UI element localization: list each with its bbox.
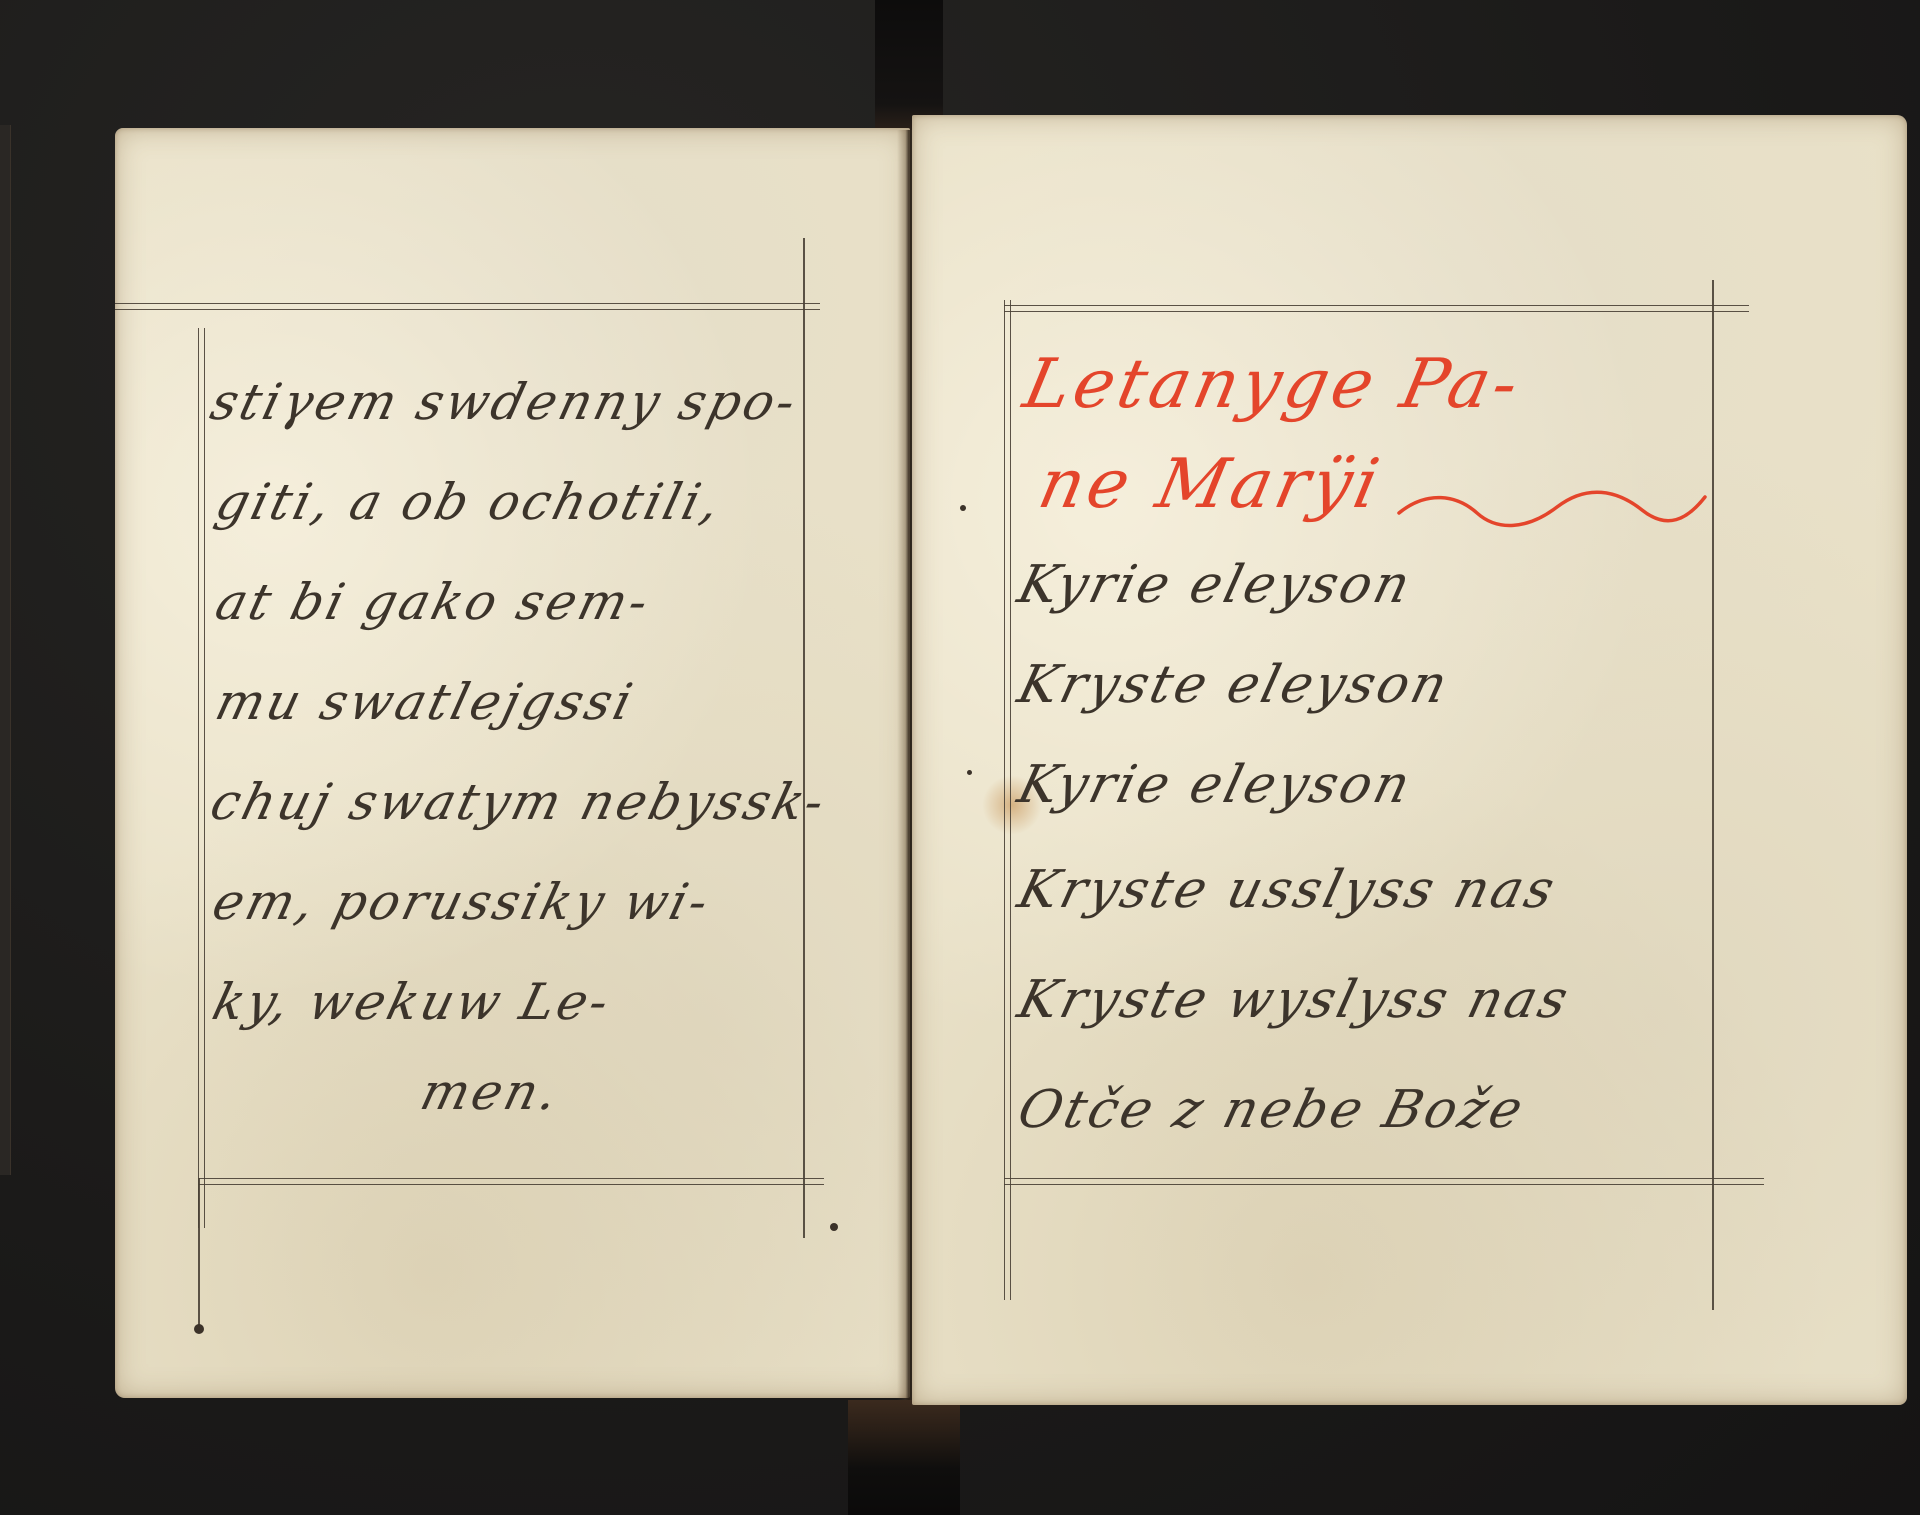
litany-line-6: Otče z nebe Bože	[1012, 1080, 1531, 1140]
ink-dot	[194, 1324, 204, 1334]
litany-line-5: Kryste wyslyss nas	[1012, 970, 1577, 1030]
binding-spine-bottom	[848, 1400, 960, 1515]
left-line-4: mu swatlejgssi	[210, 673, 641, 731]
frame-right-rule	[803, 238, 805, 1238]
left-line-6: em, porussiky wi-	[207, 873, 717, 931]
left-line-2: giti, a ob ochotili,	[210, 473, 728, 531]
left-closing-amen: men.	[415, 1063, 567, 1121]
frame-bottom-rule	[1004, 1178, 1764, 1185]
litany-title-line-2: ne Marÿi	[1032, 445, 1389, 524]
frame-bottom-rule	[199, 1178, 824, 1185]
frame-left-rule	[198, 328, 205, 1228]
litany-title-line-1: Letanyge Pa-	[1017, 345, 1529, 424]
ink-dot	[830, 1223, 838, 1231]
litany-line-2: Kryste eleyson	[1012, 655, 1456, 715]
litany-line-3: Kyrie eleyson	[1012, 755, 1419, 815]
litany-line-1: Kyrie eleyson	[1012, 555, 1419, 615]
title-flourish-icon	[1397, 485, 1707, 535]
left-line-1: stiγem swdenny spo-	[205, 373, 804, 431]
litany-line-4: Kryste usslyss nas	[1012, 860, 1563, 920]
binding-edge-left	[0, 125, 11, 1175]
frame-left-rule-extension	[198, 1178, 200, 1328]
right-page: Letanyge Pa- ne Marÿi Kyrie eleyson Krys…	[912, 115, 1907, 1405]
manuscript-scan: stiγem swdenny spo- giti, a ob ochotili,…	[0, 0, 1920, 1515]
ink-dot	[967, 770, 972, 775]
ink-dot	[960, 505, 966, 511]
frame-top-rule	[115, 303, 820, 310]
frame-left-rule	[1004, 300, 1011, 1300]
left-line-3: at bi gako sem-	[210, 573, 657, 631]
left-line-7: ky, wekuw Le-	[207, 973, 617, 1031]
frame-top-rule	[1004, 305, 1749, 312]
binding-spine-top	[875, 0, 943, 130]
left-line-5: chuj swatym nebyssk-	[205, 773, 833, 831]
frame-right-rule	[1712, 280, 1714, 1310]
left-page: stiγem swdenny spo- giti, a ob ochotili,…	[115, 128, 910, 1398]
